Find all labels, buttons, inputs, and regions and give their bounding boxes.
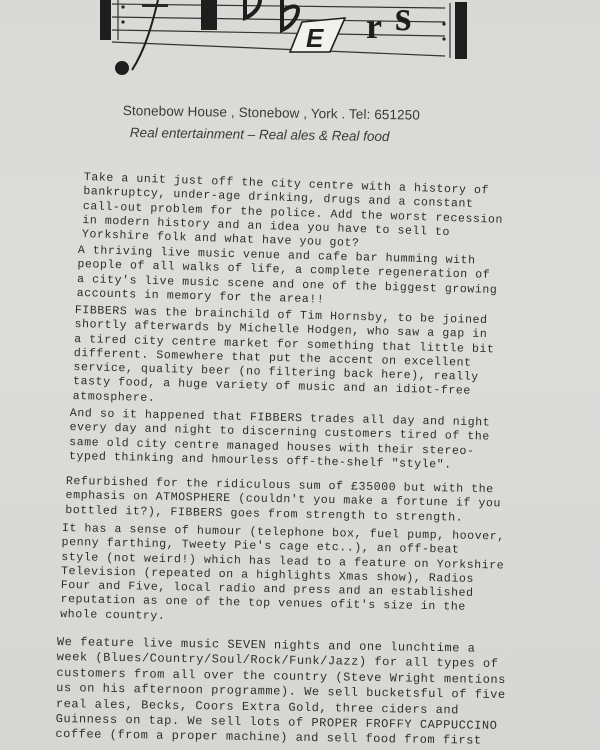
paragraph-humour: It has a sense of humour (telephone box,… [60,522,505,631]
document-page: E r s Stonebow House , Stonebow , York .… [0,0,600,750]
paragraph-thriving-venue: A thriving live music venue and cafe bar… [77,244,499,312]
svg-text:r: r [366,6,382,46]
svg-text:E: E [306,23,324,53]
paragraph-refurbishment: Refurbished for the ridiculous sum of £3… [65,475,501,526]
venue-address: Stonebow House , Stonebow , York . Tel: … [123,103,463,123]
paragraph-founders: FIBBERS was the brainchild of Tim Hornsb… [73,304,496,414]
music-staff-logo-icon: E r s [0,0,600,90]
venue-tagline: Real entertainment – Real ales & Real fo… [130,125,470,145]
svg-text:s: s [395,0,411,40]
paragraph-trading: And so it happened that FIBBERS trades a… [69,407,491,474]
paragraph-intro: Take a unit just off the city centre wit… [82,171,505,256]
paragraph-live-music: We feature live music SEVEN nights and o… [55,635,506,750]
